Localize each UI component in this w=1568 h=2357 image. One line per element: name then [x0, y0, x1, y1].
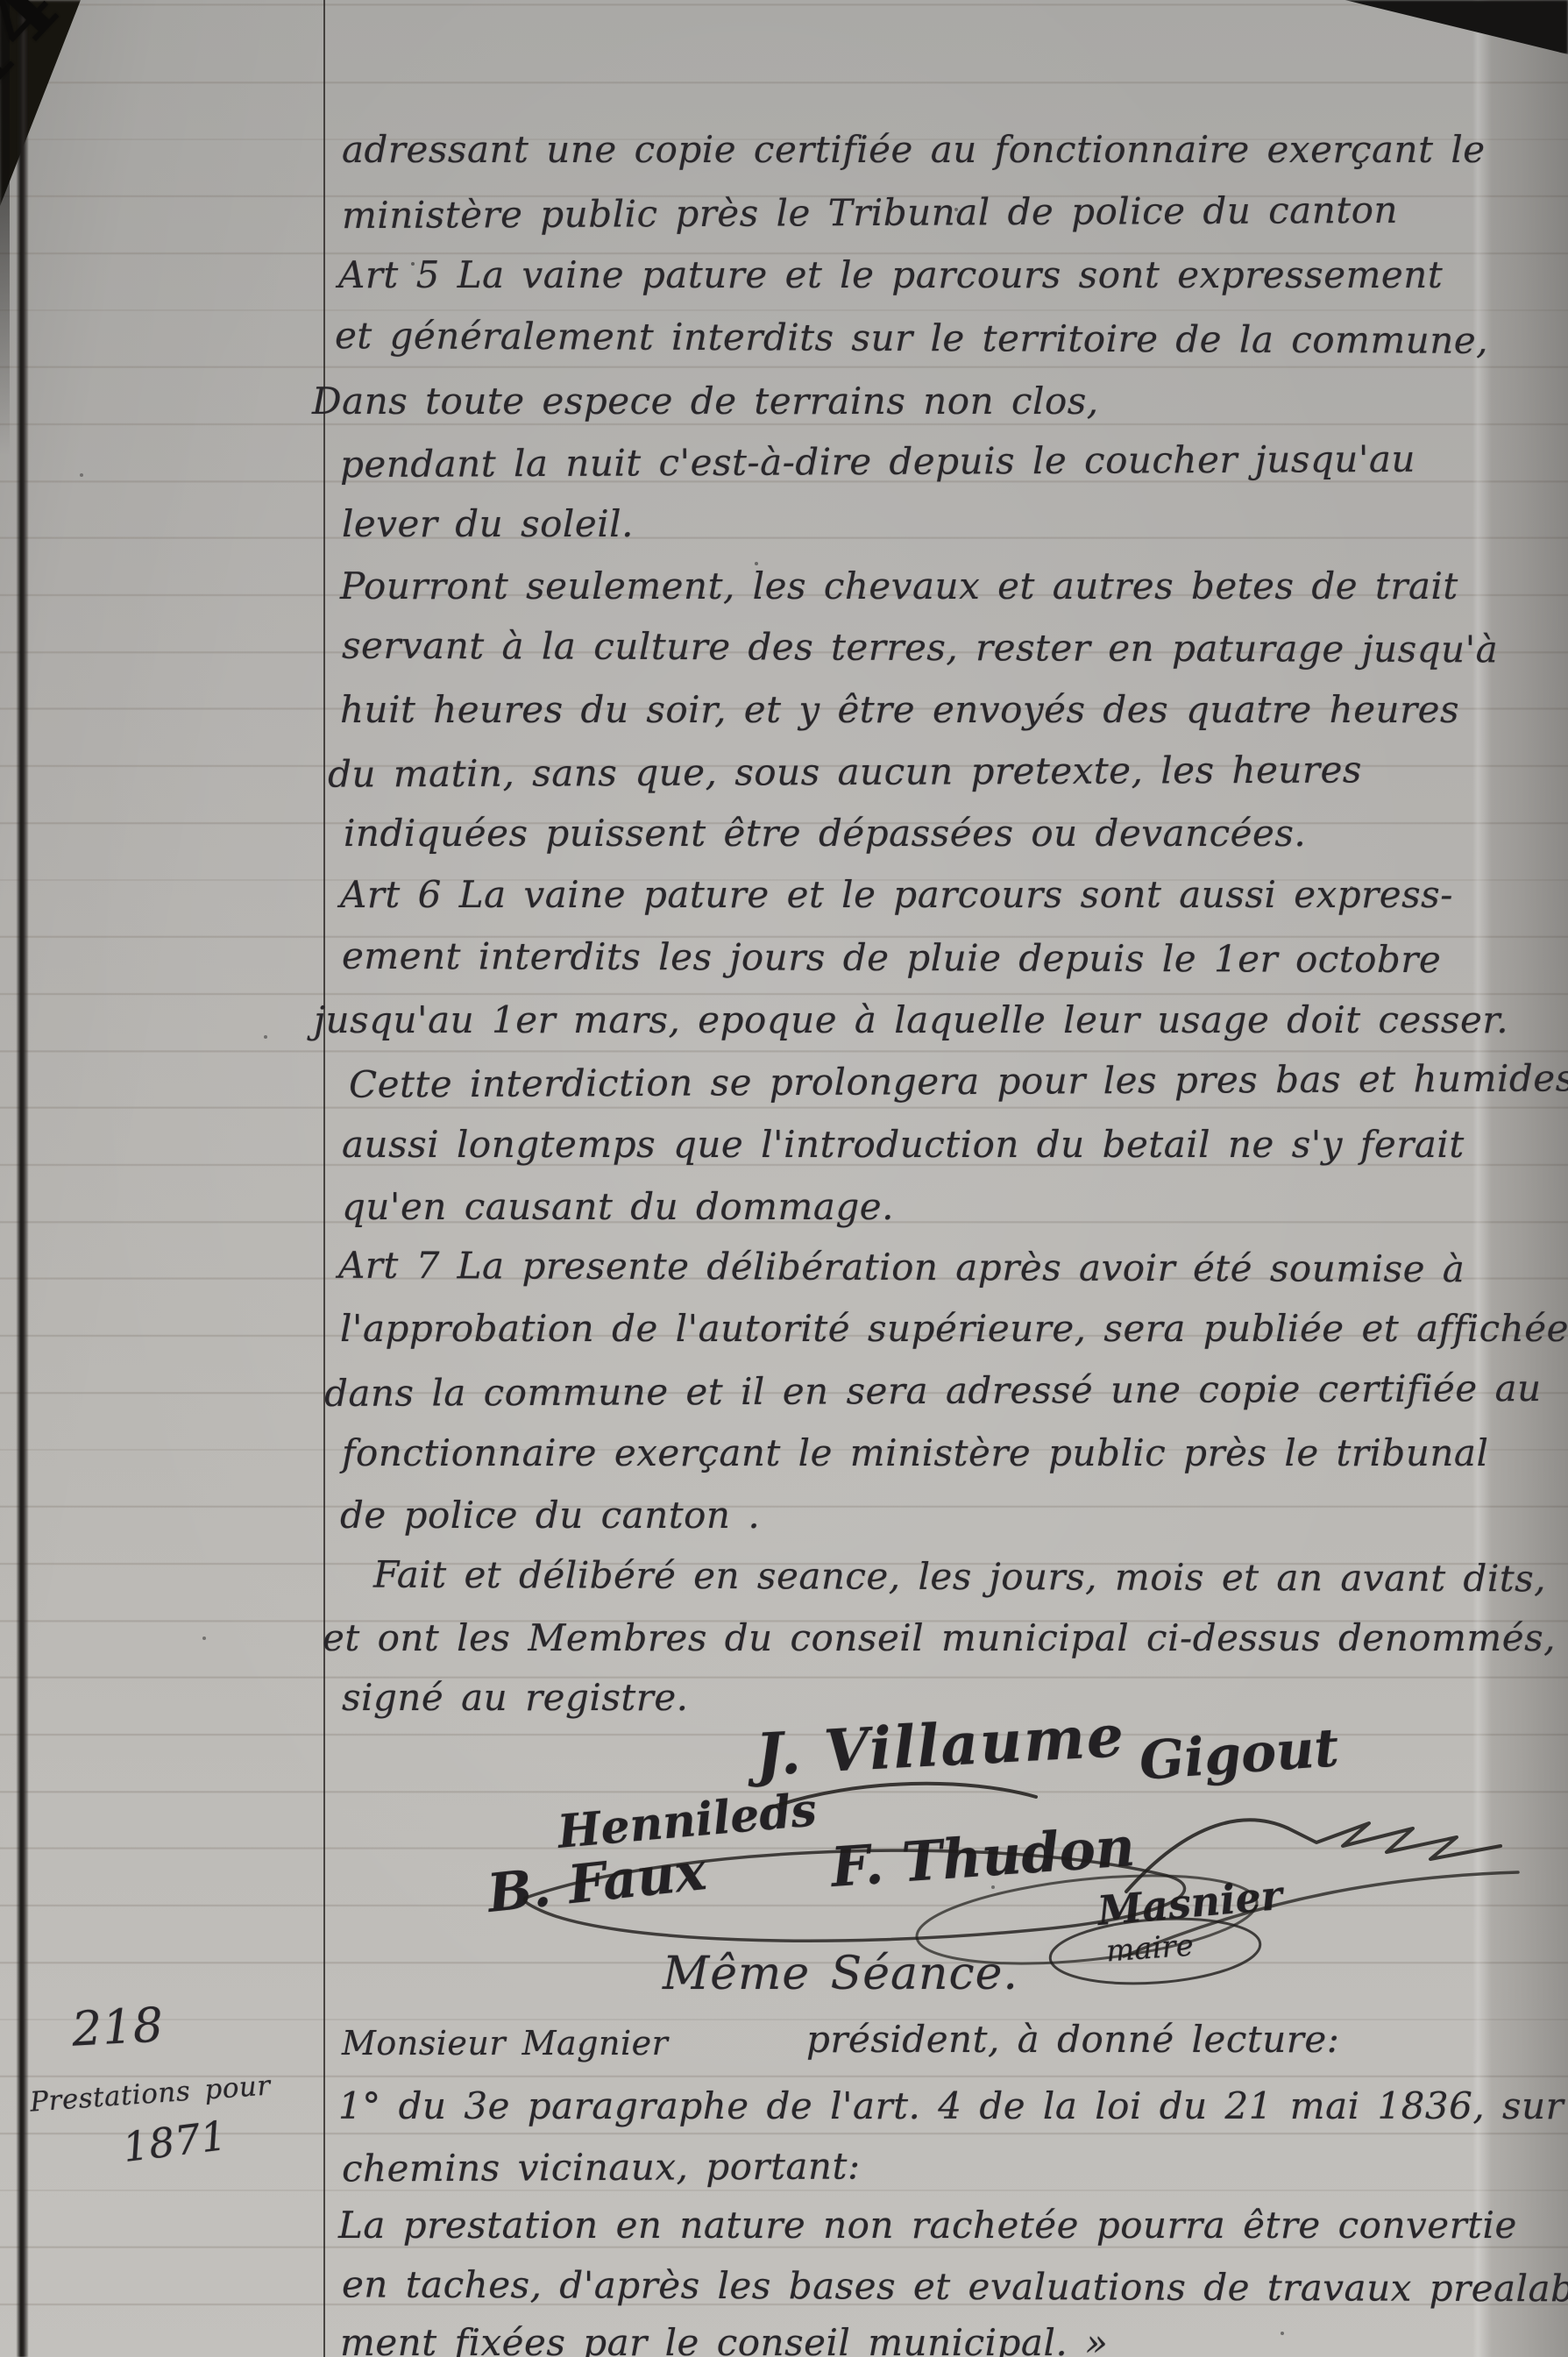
manuscript-line: Art 7 La presente délibération après avo…	[338, 1247, 1465, 1288]
manuscript-line: ment fixées par le conseil municipal. »	[340, 2325, 1108, 2357]
manuscript-line: signé au registre.	[342, 1679, 689, 1716]
manuscript-line: chemins vicinaux, portant:	[342, 2148, 861, 2187]
manuscript-line: et ont les Membres du conseil municipal …	[323, 1620, 1556, 1657]
manuscript-line: et généralement interdits sur le territo…	[335, 317, 1488, 359]
session-speaker-cont: président, à donné lecture:	[806, 2021, 1339, 2058]
session-speaker: Monsieur Magnier	[342, 2027, 668, 2060]
binding-rule	[17, 0, 28, 2357]
signature-maire: maire	[1105, 1931, 1195, 1967]
manuscript-line: 1° du 3e paragraphe de l'art. 4 de la lo…	[338, 2088, 1568, 2125]
manuscript-line: de police du canton .	[340, 1497, 760, 1534]
manuscript-line: pendant la nuit c'est-à-dire depuis le c…	[340, 441, 1415, 483]
manuscript-line: Art 6 La vaine pature et le parcours son…	[340, 877, 1453, 913]
session-heading: Même Séance.	[663, 1951, 1018, 1997]
manuscript-line: ement interdits les jours de pluie depui…	[342, 938, 1441, 978]
register-page-scan: 146 adressant une copie certifiée au fon…	[0, 0, 1568, 2357]
manuscript-line: servant à la culture des terres, rester …	[342, 628, 1498, 669]
margin-entry-number: 218	[71, 2001, 165, 2053]
manuscript-line: Pourront seulement, les chevaux et autre…	[340, 568, 1458, 605]
manuscript-line: fonctionnaire exerçant le ministère publ…	[342, 1435, 1488, 1472]
manuscript-line: Art 5 La vaine pature et le parcours son…	[338, 257, 1443, 294]
manuscript-line: aussi longtemps que l'introduction du be…	[342, 1126, 1465, 1163]
margin-rule	[323, 0, 325, 2357]
manuscript-line: indiquées puissent être dépassées ou dev…	[344, 815, 1306, 852]
manuscript-line: lever du soleil.	[342, 506, 634, 543]
manuscript-line: dans la commune et il en sera adressé un…	[324, 1370, 1542, 1412]
manuscript-line: ministère public près le Tribunal de pol…	[342, 192, 1398, 234]
signature-gigout: Gigout	[1138, 1722, 1340, 1788]
manuscript-line: Cette interdiction se prolongera pour le…	[349, 1060, 1568, 1103]
manuscript-line: adressant une copie certifiée au fonctio…	[342, 131, 1486, 168]
manuscript-line: en taches, d'après les bases et evaluati…	[342, 2266, 1568, 2307]
manuscript-line: Fait et délibéré en seance, les jours, m…	[373, 1557, 1546, 1598]
manuscript-line: qu'en causant du dommage.	[342, 1189, 894, 1225]
margin-note-line2: 1871	[121, 2115, 230, 2168]
manuscript-line: La prestation en nature non rachetée pou…	[338, 2207, 1517, 2244]
manuscript-line: du matin, sans que, sous aucun pretexte,…	[328, 751, 1362, 792]
signature-villaume: J. Villaume	[755, 1707, 1127, 1784]
manuscript-line: jusqu'au 1er mars, epoque à laquelle leu…	[314, 1002, 1508, 1039]
manuscript-line: Dans toute espece de terrains non clos,	[312, 383, 1099, 420]
manuscript-line: huit heures du soir, et y être envoyés d…	[340, 692, 1459, 728]
manuscript-line: l'approbation de l'autorité supérieure, …	[340, 1310, 1568, 1347]
